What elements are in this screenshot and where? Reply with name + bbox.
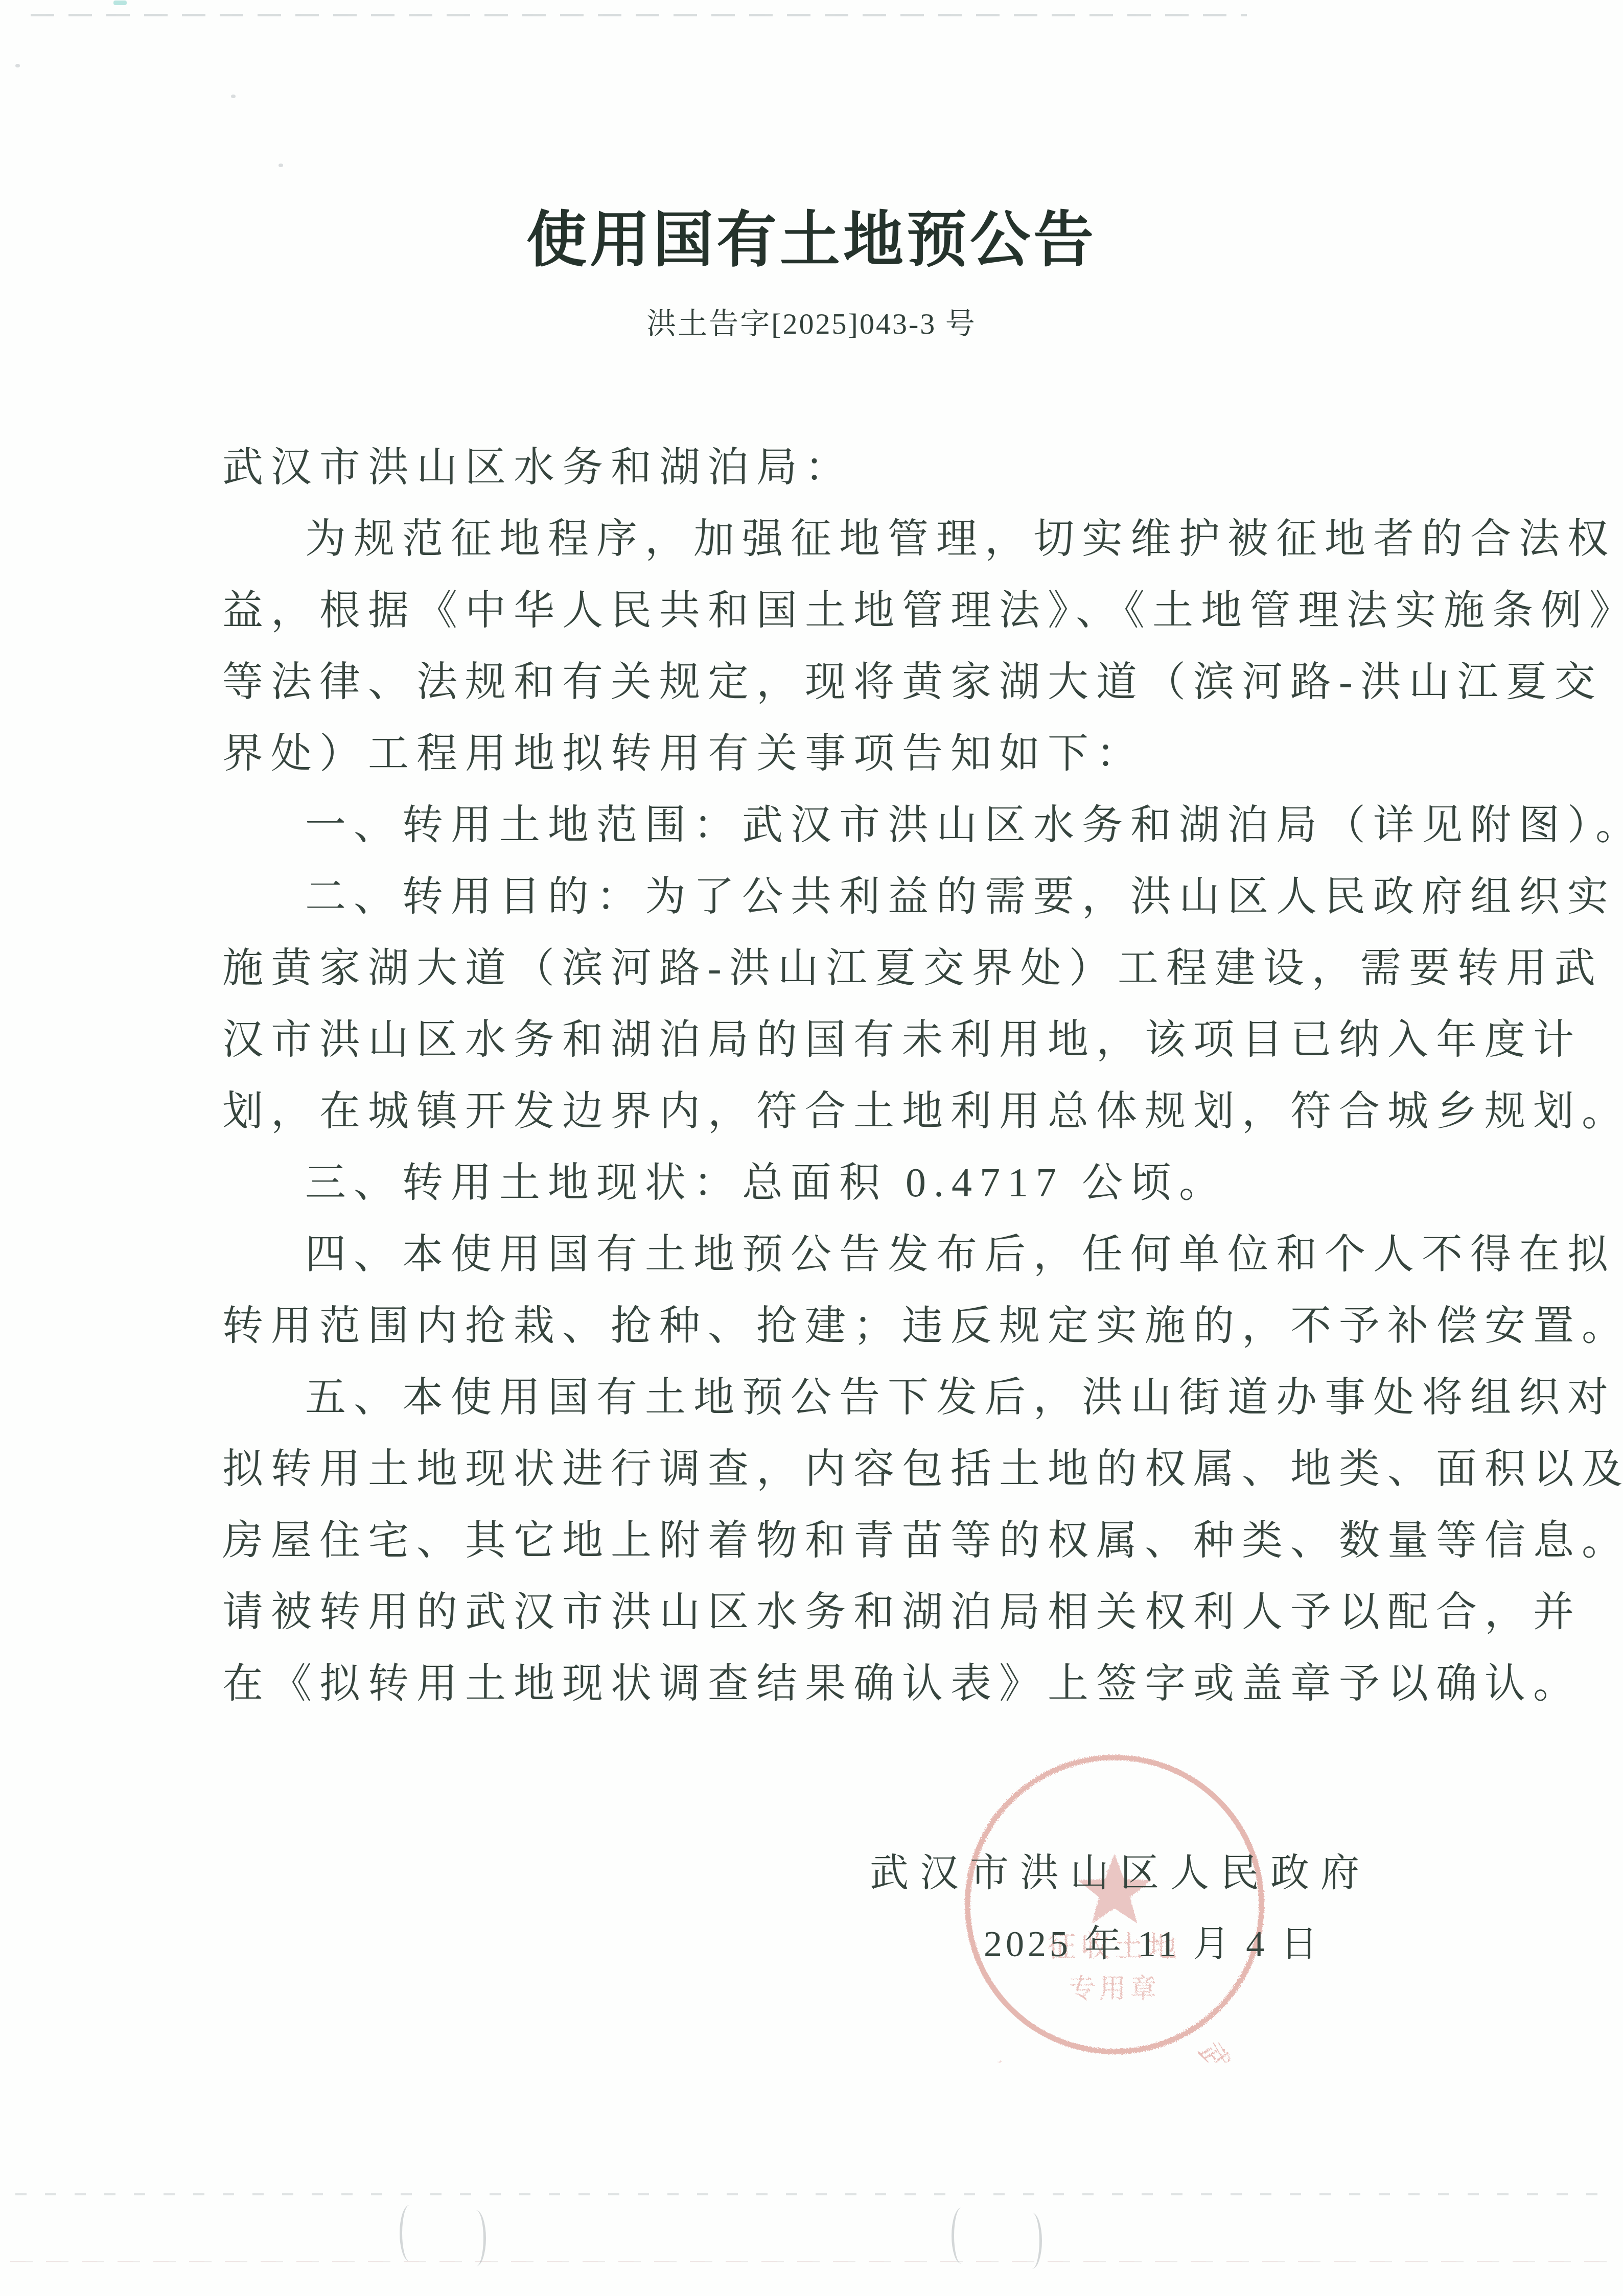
body-line: 拟转用土地现状进行调查，内容包括土地的权属、地类、面积以及	[222, 1433, 1413, 1505]
body-line: 在《拟转用土地现状调查结果确认表》上签字或盖章予以确认。	[222, 1648, 1413, 1720]
scan-noise-speck	[231, 95, 236, 98]
notice-body: 武汉市洪山区水务和湖泊局： 为规范征地程序，加强征地管理，切实维护被征地者的合法…	[222, 432, 1413, 1720]
scan-noise-speck	[279, 164, 283, 167]
body-line: 三、转用土地现状：总面积 0.4717 公顷。	[222, 1147, 1413, 1219]
scan-noise-dotted-line	[15, 2193, 1605, 2195]
issuer-line: 武汉市洪山区人民政府	[870, 1854, 1371, 1893]
body-line: 益，根据《中华人民共和国土地管理法》、《土地管理法实施条例》	[222, 575, 1413, 646]
scan-noise-teal-speck	[113, 1, 127, 5]
recipient-line: 武汉市洪山区水务和湖泊局：	[222, 432, 1413, 503]
body-line: 房屋住宅、其它地上附着物和青苗等的权属、种类、数量等信息。	[222, 1505, 1413, 1576]
scan-noise-arc	[400, 2205, 420, 2261]
scan-noise-arc	[466, 2210, 486, 2266]
scan-noise-top-streak	[31, 14, 1247, 16]
date-line: 2025 年 11 月 4 日	[984, 1926, 1321, 1962]
body-line: 四、本使用国有土地预公告发布后，任何单位和个人不得在拟	[222, 1219, 1413, 1290]
scan-noise-dotted-line	[10, 2261, 1615, 2262]
scan-noise-speck	[15, 64, 20, 67]
body-line: 二、转用目的：为了公共利益的需要，洪山区人民政府组织实	[222, 861, 1413, 933]
body-line: 施黄家湖大道（滨河路-洪山江夏交界处）工程建设，需要转用武	[222, 933, 1413, 1004]
body-line: 汉市洪山区水务和湖泊局的国有未利用地，该项目已纳入年度计	[222, 1004, 1413, 1076]
body-line: 请被转用的武汉市洪山区水务和湖泊局相关权利人予以配合，并	[222, 1576, 1413, 1648]
official-seal: 武汉市洪山区人民政府 征收土地 专用章	[957, 1747, 1272, 2062]
seal-type-text: 专用章	[1069, 1974, 1161, 2004]
notice-title: 使用国有土地预公告	[0, 206, 1623, 275]
body-line: 转用范围内抢栽、抢种、抢建；违反规定实施的，不予补偿安置。	[222, 1290, 1413, 1362]
doc-number: 洪土告字[2025]043-3 号	[0, 305, 1623, 343]
body-line: 五、本使用国有土地预公告下发后，洪山街道办事处将组织对	[222, 1362, 1413, 1433]
body-line: 等法律、法规和有关规定，现将黄家湖大道（滨河路-洪山江夏交	[222, 646, 1413, 718]
scan-noise-arc	[952, 2208, 971, 2264]
body-line: 划，在城镇开发边界内，符合土地利用总体规划，符合城乡规划。	[222, 1076, 1413, 1147]
body-line: 一、转用土地范围：武汉市洪山区水务和湖泊局（详见附图）。	[222, 790, 1413, 861]
body-line: 为规范征地程序，加强征地管理，切实维护被征地者的合法权	[222, 503, 1413, 575]
body-line: 界处）工程用地拟转用有关事项告知如下：	[222, 718, 1413, 790]
document-page: 使用国有土地预公告 洪土告字[2025]043-3 号 武汉市洪山区水务和湖泊局…	[0, 0, 1623, 2296]
scan-noise-arc	[1022, 2213, 1042, 2269]
